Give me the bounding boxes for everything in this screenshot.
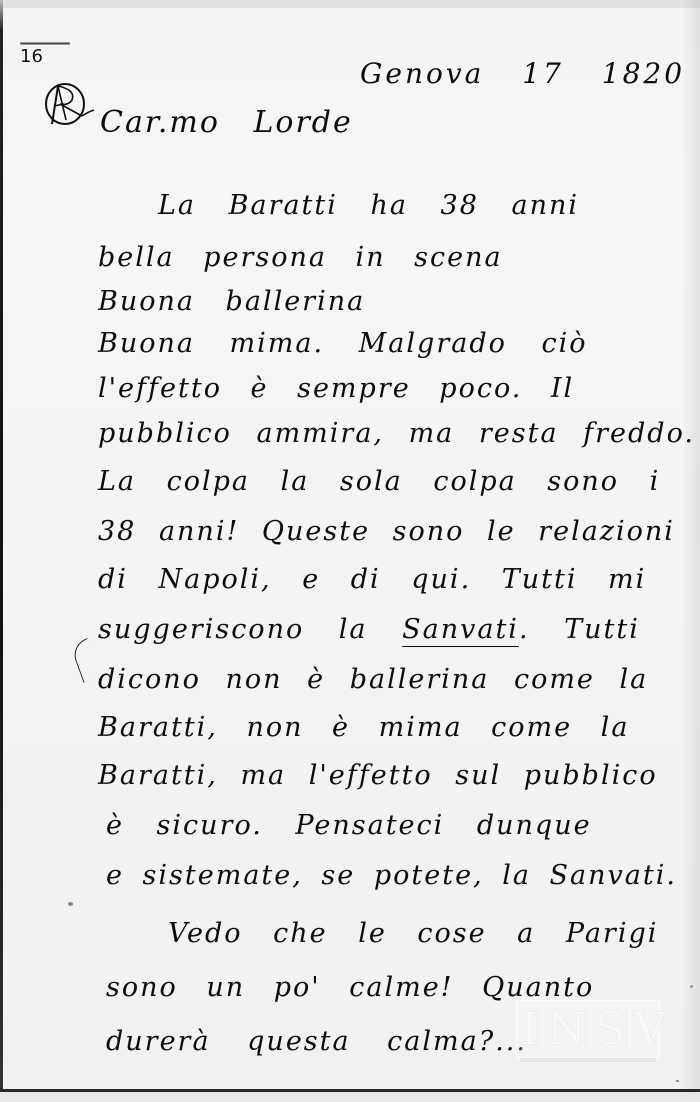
margin-bracket-mark [70,638,102,683]
letter-text: . Tutti [519,614,640,645]
letter-line: è sicuro. Pensateci dunque [106,812,592,839]
watermark-letter: I [517,1008,542,1052]
paper-speck [68,902,73,906]
letter-line: La Baratti ha 38 anni [158,192,579,219]
letter-line: durerà questa calma?... [106,1028,527,1055]
letter-salutation: Car.mo Lorde [100,108,353,138]
letter-line: Baratti, ma l'effetto sul pubblico [98,762,658,789]
letter-line: 38 anni! Queste sono le relazioni [98,518,675,545]
letter-line-with-underlined-name: suggeriscono la Sanvati. Tutti [98,616,640,643]
archive-number: 16 [20,48,43,66]
letter-line: Buona mima. Malgrado ciò [98,330,587,357]
watermark-letter: N [542,1008,590,1052]
letter-line: l'effetto è sempre poco. Il [98,375,574,402]
letter-line: Vedo che le cose a Parigi [168,920,658,947]
letter-line: e sistemate, se potete, la Sanvati. [106,862,677,889]
watermark-caption [520,1058,656,1062]
letter-line: sono un po' calme! Quanto [106,974,594,1001]
underlined-name: Sanvati [402,614,519,645]
paper-speck [676,1080,679,1082]
letter-line: bella persona in scena [98,244,503,271]
letter-page: 16 Genova 17 1820 Car.mo Lorde La Baratt… [0,0,700,1091]
scan-left-border [0,0,3,1091]
page-right-shadow [682,0,700,1091]
letter-line: Baratti, non è mima come la [98,714,629,741]
watermark-letter: S [590,1008,629,1052]
letter-line: La colpa la sola colpa sono i [98,468,660,495]
letter-date: Genova 17 1820 [360,60,685,88]
paper-speck [690,985,693,988]
letter-text: suggeriscono la [98,614,402,645]
archive-number-overline [20,42,70,45]
scan-top-band [0,0,700,8]
scan-bottom-strip [0,1092,700,1102]
letter-line: di Napoli, e di qui. Tutti mi [98,566,646,593]
institution-watermark: I N S V [516,1000,660,1060]
watermark-letter: V [629,1008,670,1052]
letter-line: pubblico ammira, ma resta freddo. [98,420,695,447]
letter-line: Buona ballerina [98,288,365,315]
letter-line: dicono non è ballerina come la [98,666,648,693]
monogram-stamp-icon [38,80,96,130]
